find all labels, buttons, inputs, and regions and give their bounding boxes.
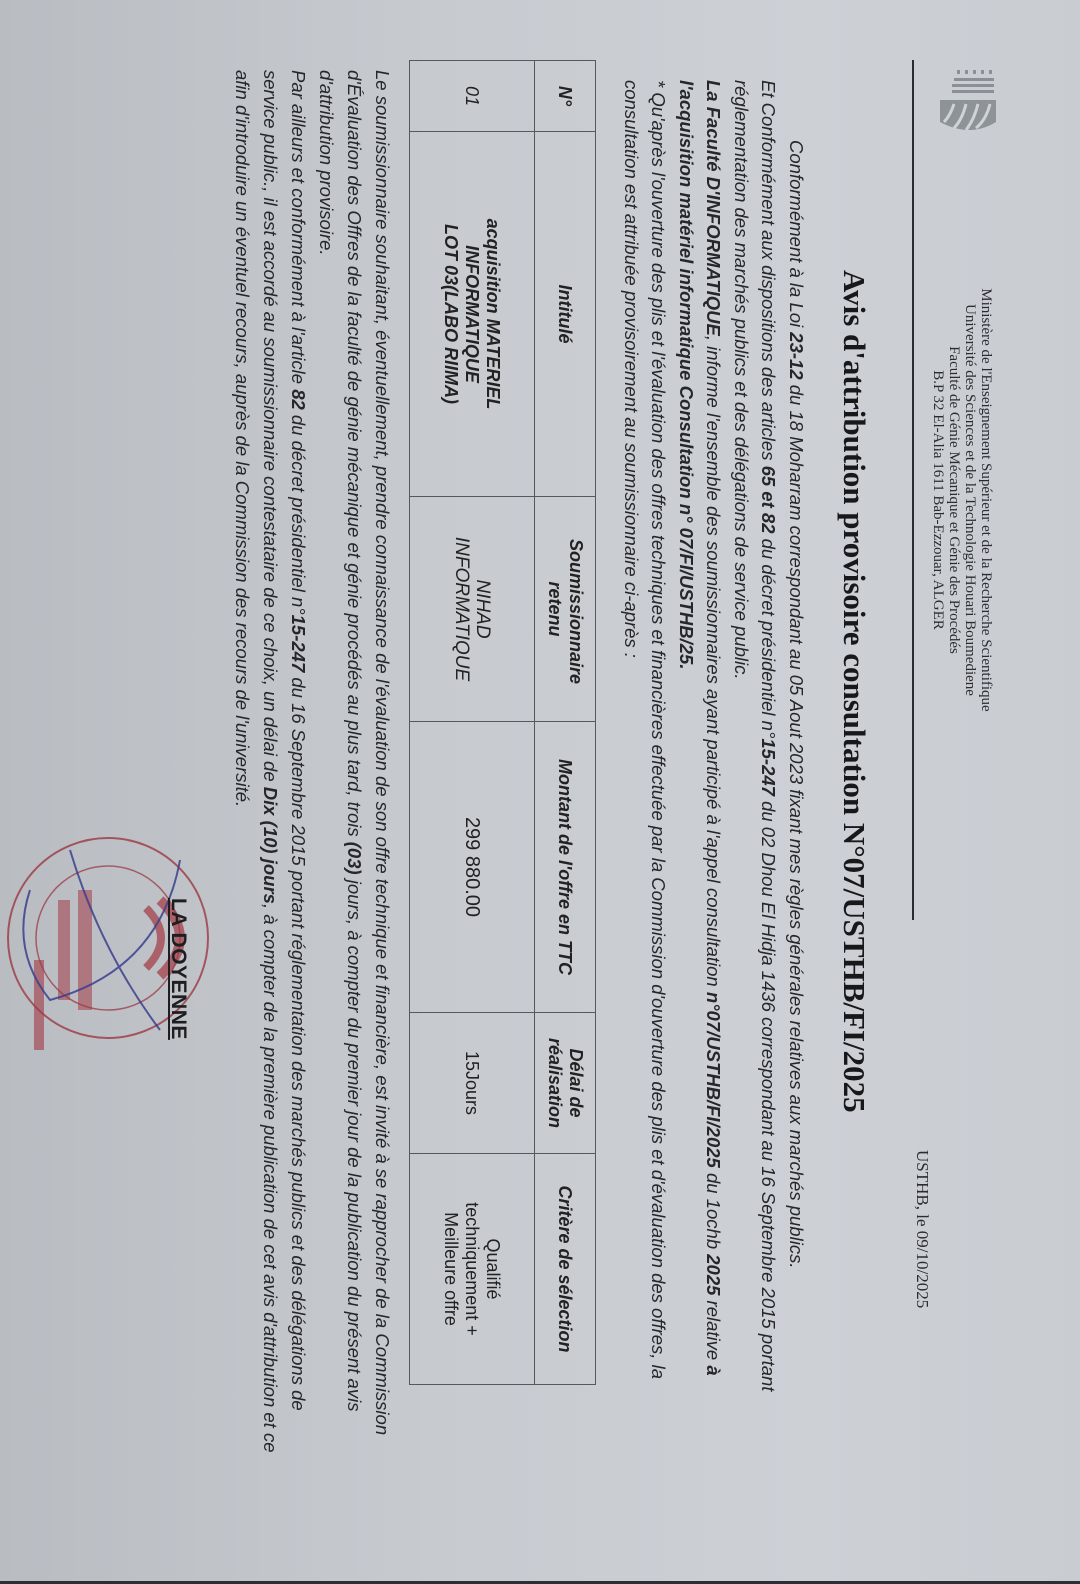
header-ministry: Ministère de l'Enseignement Supérieur et… [978, 230, 994, 770]
intro-paragraph-attribution: * Qu'après l'ouverture des plis et l'éva… [618, 80, 673, 1410]
closing-text: Le soumissionnaire souhaitant, éventuell… [228, 70, 396, 1470]
year: 2025 [704, 1254, 725, 1295]
articles-number: 65 et 82 [759, 466, 780, 534]
text: MATERIEL [484, 319, 504, 410]
law-number: 23-12 [786, 332, 807, 379]
intro-paragraph-decree: Et Conformément aux dispositions des art… [728, 80, 783, 1410]
text: INFORMATIQUE [462, 138, 483, 490]
attribution-table: N° Intitulé Soumissionnaire retenu Monta… [409, 60, 596, 1385]
text: Par ailleurs et conformément à l'article [288, 70, 309, 389]
cell-title: acquisition MATERIEL INFORMATIQUE LOT 03… [410, 132, 535, 497]
table-header-row: N° Intitulé Soumissionnaire retenu Monta… [535, 61, 596, 1385]
table-row: 01 acquisition MATERIEL INFORMATIQUE LOT… [410, 61, 535, 1385]
cell-criteria: Qualifié techniquement + Meilleure offre [410, 1154, 535, 1385]
closing-paragraph-evaluation: Le soumissionnaire souhaitant, éventuell… [312, 70, 396, 1470]
signatory-title: LA DOYENNE [166, 898, 190, 1040]
text: du 1ochb [704, 1168, 725, 1254]
header-university: Université des Sciences et de la Technol… [962, 230, 978, 770]
col-header-bidder: Soumissionnaire retenu [535, 497, 596, 722]
header-faculty: Faculté de Génie Mécanique et Génie des … [946, 230, 962, 770]
photo-frame: Ministère de l'Enseignement Supérieur et… [0, 0, 1080, 1584]
decree-number: 15-247 [288, 615, 309, 673]
intro-paragraph-law: Conformément à la Loi 23-12 du 18 Moharr… [783, 80, 811, 1410]
university-logo-icon [936, 70, 1000, 140]
text: Délai de réalisation [544, 1033, 586, 1133]
intro-text: Conformément à la Loi 23-12 du 18 Moharr… [618, 80, 811, 1410]
recourse-delay: Dix (10) jours [260, 787, 281, 904]
decree-number: 15-247 [759, 738, 780, 796]
faculty-name: La Faculté D'INFORMATIQUE [704, 80, 725, 336]
text: Conformément à la Loi [786, 140, 807, 332]
days-count: (03) [344, 842, 365, 875]
closing-paragraph-recourse: Par ailleurs et conformément à l'article… [228, 70, 312, 1470]
text: acquisition [484, 219, 504, 319]
header-divider [912, 60, 914, 920]
col-header-title: Intitulé [535, 132, 596, 497]
text: LOT 03(LABO RIIMA) [441, 138, 462, 490]
header-institution: Ministère de l'Enseignement Supérieur et… [930, 230, 994, 770]
date-line: USTHB, le 09/10/2025 [912, 1150, 932, 1308]
text: Soumissionnaire retenu [544, 539, 586, 679]
text: Et Conformément aux dispositions des art… [759, 80, 780, 466]
cell-delay: 15Jours [410, 1013, 535, 1154]
cell-amount: 299 880.00 [410, 722, 535, 1013]
text: INFORMATIQUE [451, 503, 472, 715]
text: relative [704, 1295, 725, 1365]
article-number: 82 [288, 389, 309, 410]
text: du décret présidentiel n° [288, 410, 309, 615]
col-header-number: N° [535, 61, 596, 132]
text: NIHAD [472, 503, 493, 715]
header-address: B.P 32 El-Alia 1611 Bab-Ezzouar, ALGER [930, 230, 946, 770]
col-header-delay: Délai de réalisation [535, 1013, 596, 1154]
text: techniquement + [462, 1160, 483, 1378]
consultation-ref: n°07/USTHB/FI/2025 [704, 992, 725, 1168]
col-header-criteria: Critère de sélection [535, 1154, 596, 1385]
text: Meilleure offre [441, 1160, 462, 1378]
page-title: Avis d'attribution provisoire consultati… [836, 270, 872, 1190]
document-page: Ministère de l'Enseignement Supérieur et… [0, 0, 1080, 1584]
text: du décret présidentiel n° [759, 533, 780, 738]
cell-bidder: NIHAD INFORMATIQUE [410, 497, 535, 722]
intro-paragraph-faculty: La Faculté D'INFORMATIQUE, informe l'ens… [673, 80, 728, 1410]
text: , informe l'ensemble des soumissionnaire… [704, 336, 725, 992]
text: du 18 Moharram correspondant au 05 Aout … [786, 380, 807, 1269]
text: Qualifié [483, 1160, 504, 1378]
cell-number: 01 [410, 61, 535, 132]
col-header-amount: Montant de l'offre en TTC [535, 722, 596, 1013]
